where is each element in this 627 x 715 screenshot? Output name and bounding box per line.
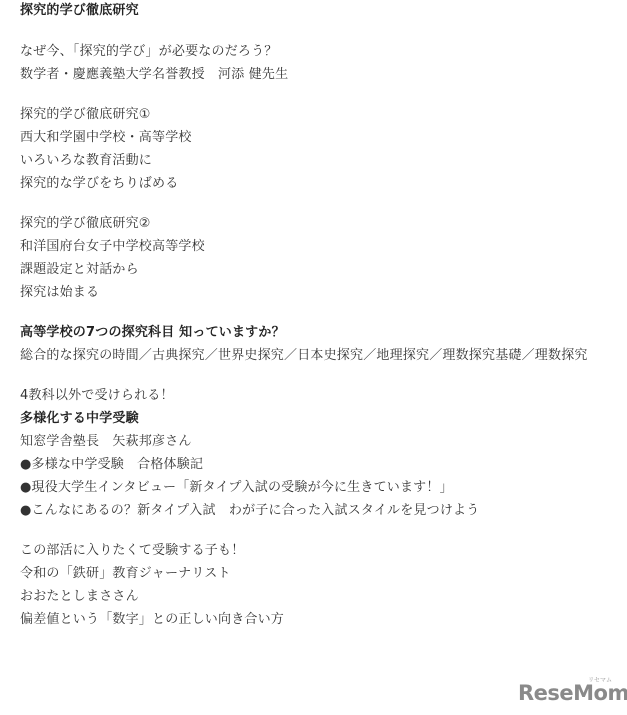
text-line: いろいろな教育活動に <box>20 152 152 170</box>
text-line: 和洋国府台女子中学校高等学校 <box>20 238 205 256</box>
resemom-logo: ReseMom リセマム <box>518 679 618 707</box>
text-line: ●現役大学生インタビュー「新タイプ入試の受験が今に生きています！」 <box>20 479 453 497</box>
text-line: 偏差値という「数字」との正しい向き合い方 <box>20 611 284 629</box>
text-line: おおたとしまささん <box>20 588 139 606</box>
text-line: 令和の「鉄研」教育ジャーナリスト <box>20 565 231 583</box>
heading-line: 高等学校の7つの探究科目 知っていますか？ <box>20 324 285 342</box>
text-line: ●こんなにあるの？新タイプ入試 わが子に合った入試スタイルを見つけよう <box>20 502 479 520</box>
text-line: 探究は始まる <box>20 284 99 302</box>
text-line: ●多様な中学受験 合格体験記 <box>20 456 203 474</box>
heading-line: 多様化する中学受験 <box>20 410 139 428</box>
text-line: 探究的学び徹底研究① <box>20 106 151 124</box>
text-line: 知窓学舎塾長 矢萩邦彦さん <box>20 433 192 451</box>
logo-ruby: リセマム <box>588 675 612 684</box>
text-line: 4教科以外で受けられる！ <box>20 387 174 405</box>
text-line: 探究的学び徹底研究② <box>20 215 151 233</box>
heading-line: 探究的学び徹底研究 <box>20 2 139 20</box>
text-line: 総合的な探究の時間／古典探究／世界史探究／日本史探究／地理探究／理数探究基礎／理… <box>20 347 588 365</box>
text-line: 西大和学園中学校・高等学校 <box>20 129 192 147</box>
text-line: 探究的な学びをちりばめる <box>20 175 178 193</box>
logo-text: ReseMom <box>518 681 627 705</box>
text-line: 数学者・慶應義塾大学名誉教授 河添 健先生 <box>20 66 288 84</box>
text-line: なぜ今、「探究的学び」が必要なのだろう？ <box>20 43 278 61</box>
text-line: この部活に入りたくて受験する子も！ <box>20 542 244 560</box>
text-line: 課題設定と対話から <box>20 261 139 279</box>
